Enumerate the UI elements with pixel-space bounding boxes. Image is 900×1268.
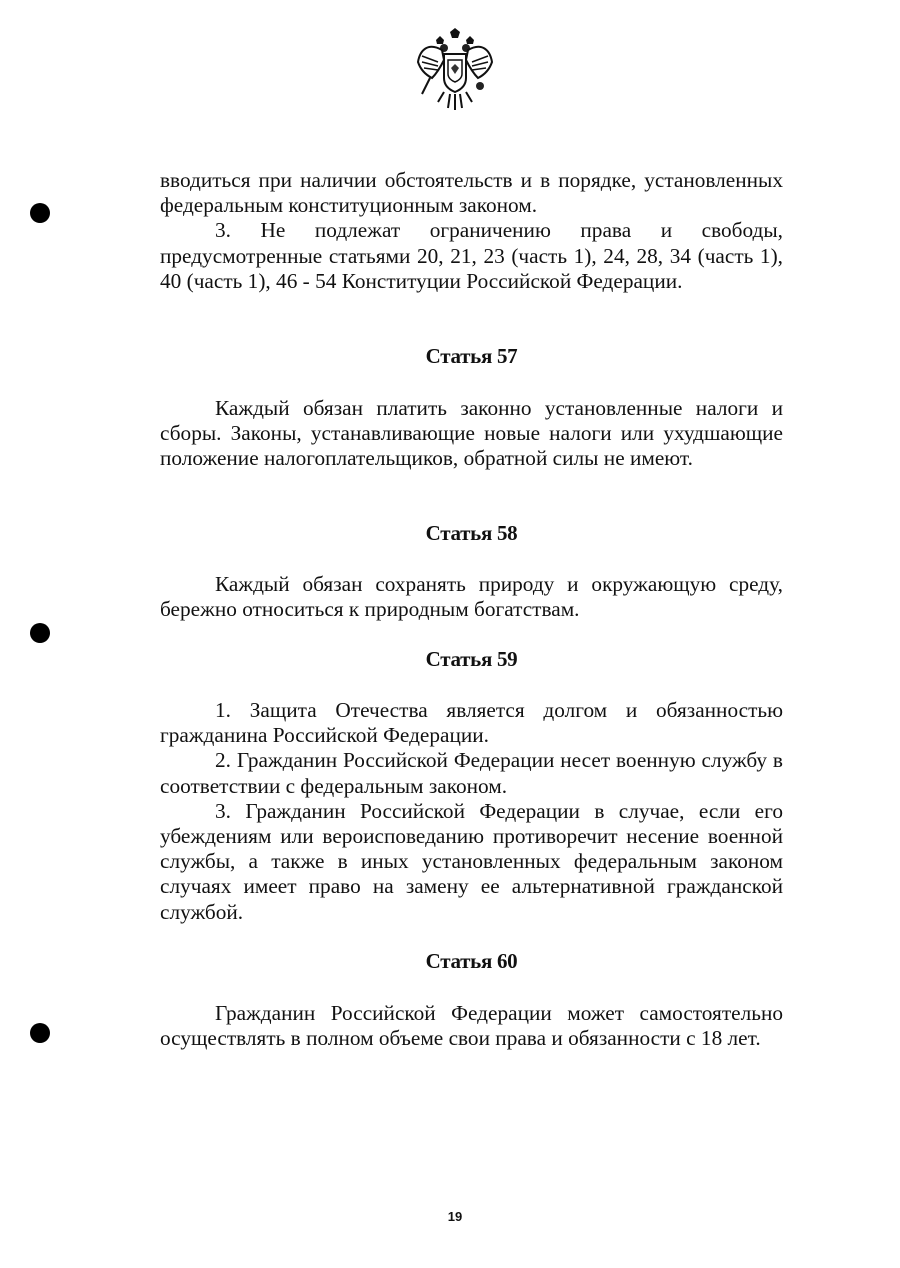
punch-hole	[30, 623, 50, 643]
paragraph: 1. Защита Отечества является долгом и об…	[160, 698, 783, 748]
coat-of-arms-icon	[414, 28, 496, 112]
paragraph: 3. Не подлежат ограничению права и свобо…	[160, 218, 783, 294]
article-heading: Статья 58	[160, 521, 783, 546]
paragraph: Каждый обязан платить законно установлен…	[160, 396, 783, 472]
document-page: вводиться при наличии обстоятельств и в …	[0, 0, 900, 1268]
punch-hole	[30, 1023, 50, 1043]
article-body: Каждый обязан платить законно установлен…	[160, 396, 783, 472]
paragraph: вводиться при наличии обстоятельств и в …	[160, 168, 783, 218]
article-body: 1. Защита Отечества является долгом и об…	[160, 698, 783, 925]
article-body: Гражданин Российской Федерации может сам…	[160, 1001, 783, 1051]
paragraph: Гражданин Российской Федерации может сам…	[160, 1001, 783, 1051]
article-heading: Статья 57	[160, 344, 783, 369]
page-number: 19	[0, 1209, 900, 1224]
paragraph: Каждый обязан сохранять природу и окружа…	[160, 572, 783, 622]
paragraph: 2. Гражданин Российской Федерации несет …	[160, 748, 783, 798]
continuation-text: вводиться при наличии обстоятельств и в …	[160, 168, 783, 294]
paragraph: 3. Гражданин Российской Федерации в случ…	[160, 799, 783, 925]
article-heading: Статья 59	[160, 647, 783, 672]
article-heading: Статья 60	[160, 949, 783, 974]
punch-hole	[30, 203, 50, 223]
article-body: Каждый обязан сохранять природу и окружа…	[160, 572, 783, 622]
